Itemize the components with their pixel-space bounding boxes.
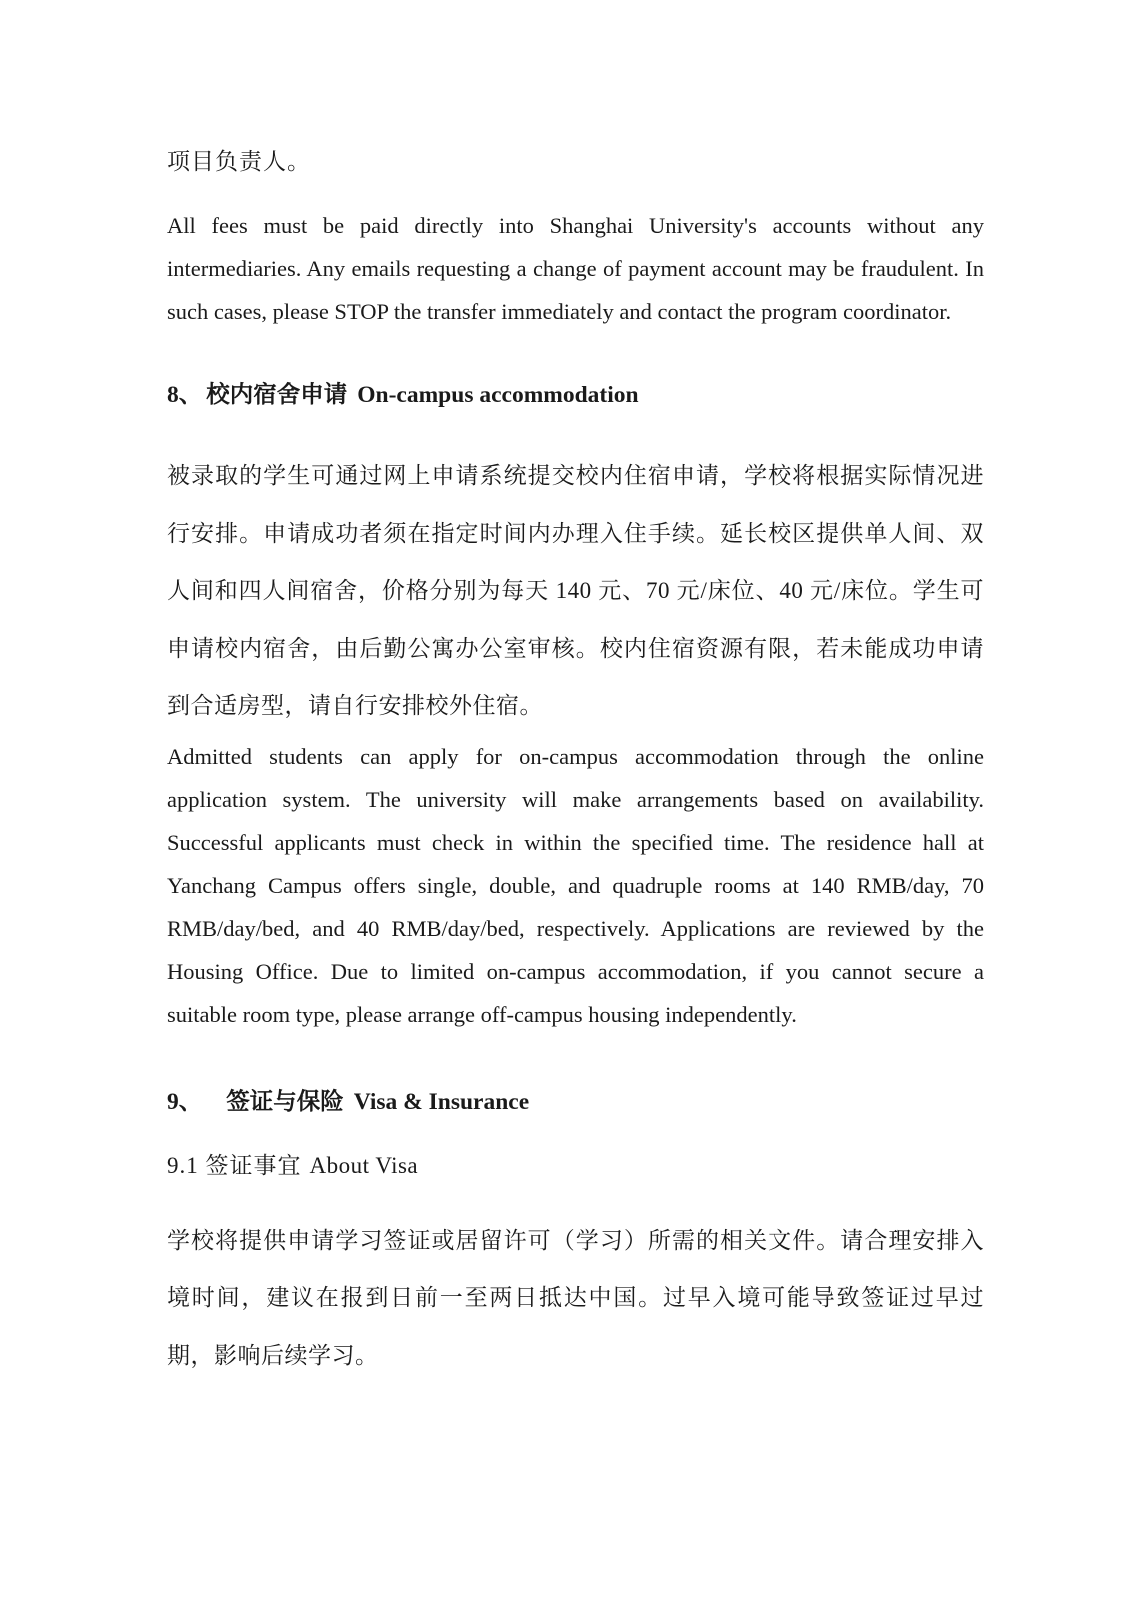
lead-paragraph-zh: 项目负责人。: [167, 146, 984, 178]
section-9-1-number: 9.1: [167, 1153, 199, 1178]
section-8-body-zh: 被录取的学生可通过网上申请系统提交校内住宿申请，学校将根据实际情况进行安排。申请…: [167, 447, 984, 735]
section-8-heading: 8、校内宿舍申请On-campus accommodation: [167, 379, 984, 411]
section-9-heading: 9、签证与保险Visa & Insurance: [167, 1086, 984, 1118]
section-9-title-zh: 签证与保险: [226, 1089, 344, 1115]
section-8-title-zh: 校内宿舍申请: [206, 382, 347, 408]
section-9-1-title-zh: 签证事宜: [206, 1153, 302, 1178]
section-9-1-title-en: About Visa: [310, 1153, 419, 1178]
section-9-number: 9、: [167, 1089, 202, 1115]
section-8-body-en: Admitted students can apply for on-campu…: [167, 735, 984, 1036]
section-8-number: 8、: [167, 382, 202, 408]
section-8-title-en: On-campus accommodation: [357, 382, 638, 408]
section-9-visa-body-zh: 学校将提供申请学习签证或居留许可（学习）所需的相关文件。请合理安排入境时间，建议…: [167, 1212, 984, 1385]
fees-paragraph-en: All fees must be paid directly into Shan…: [167, 204, 984, 333]
document-page: 项目负责人。 All fees must be paid directly in…: [0, 0, 1131, 1600]
section-9-title-en: Visa & Insurance: [354, 1089, 529, 1115]
section-9-1-subheading: 9.1 签证事宜About Visa: [167, 1150, 984, 1182]
